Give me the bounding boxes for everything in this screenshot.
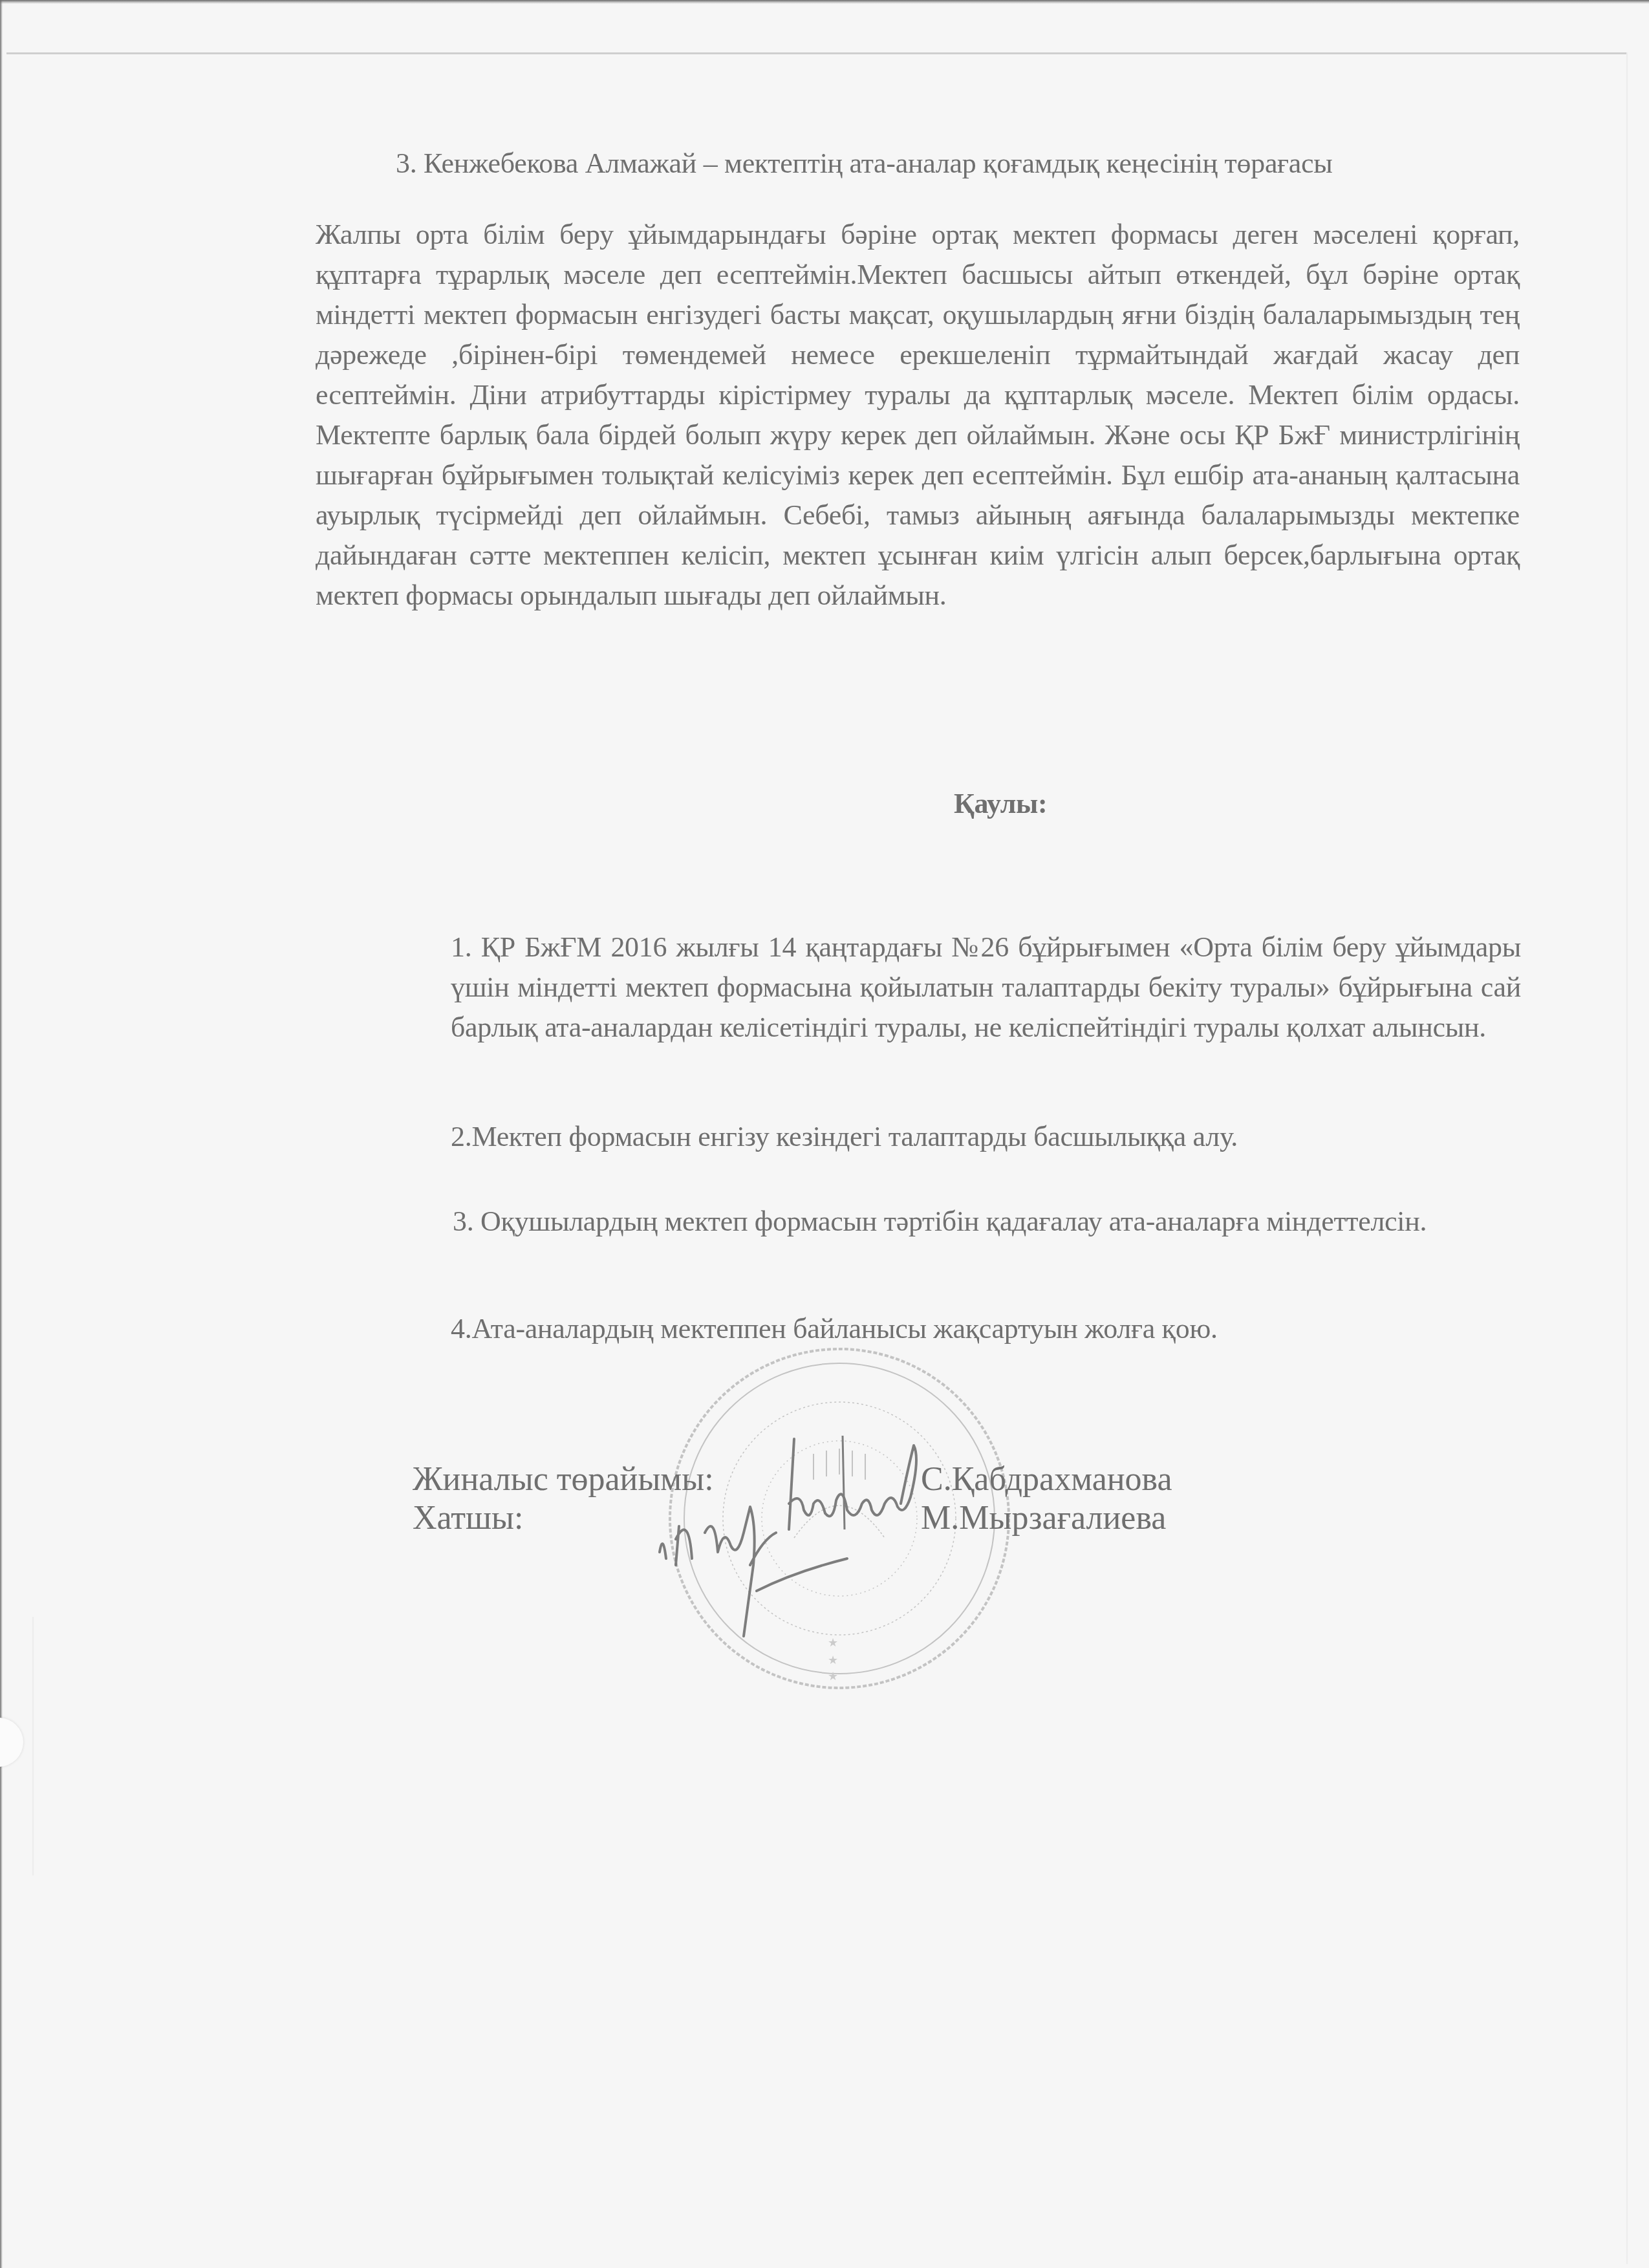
resolution-heading: Қаулы:	[954, 784, 1047, 824]
resolution-item-2: 2.Мектеп формасын енгізу кезіндегі талап…	[451, 1117, 1238, 1157]
chair-name: С.Қабдрахманова	[921, 1460, 1172, 1499]
secretary-role-label: Хатшы:	[413, 1499, 523, 1538]
scan-left-edge	[0, 0, 3, 2268]
punch-hole	[0, 1718, 23, 1767]
page-right-border	[1626, 52, 1628, 2264]
resolution-item-1: 1. ҚР БжҒМ 2016 жылғы 14 қаңтардағы №26 …	[451, 927, 1521, 1048]
svg-text:★: ★	[828, 1670, 838, 1683]
speaker-line: 3. Кенжебекова Алмажай – мектептің ата-а…	[396, 144, 1534, 184]
page-top-border	[6, 52, 1626, 54]
secretary-signature-icon	[653, 1487, 860, 1643]
resolution-item-3: 3. Оқушылардың мектеп формасын тәртібін …	[316, 1202, 1522, 1242]
page-left-border	[32, 1617, 34, 1875]
chair-role-label: Жиналыс төрайымы:	[413, 1460, 714, 1499]
secretary-name: М.Мырзағалиева	[921, 1499, 1166, 1538]
resolution-item-4: 4.Ата-аналардың мектеппен байланысы жақс…	[451, 1309, 1218, 1349]
speech-paragraph: Жалпы орта білім беру ұйымдарындағы бәрі…	[316, 215, 1520, 616]
scan-top-edge	[0, 0, 1649, 4]
svg-text:★: ★	[828, 1654, 838, 1667]
